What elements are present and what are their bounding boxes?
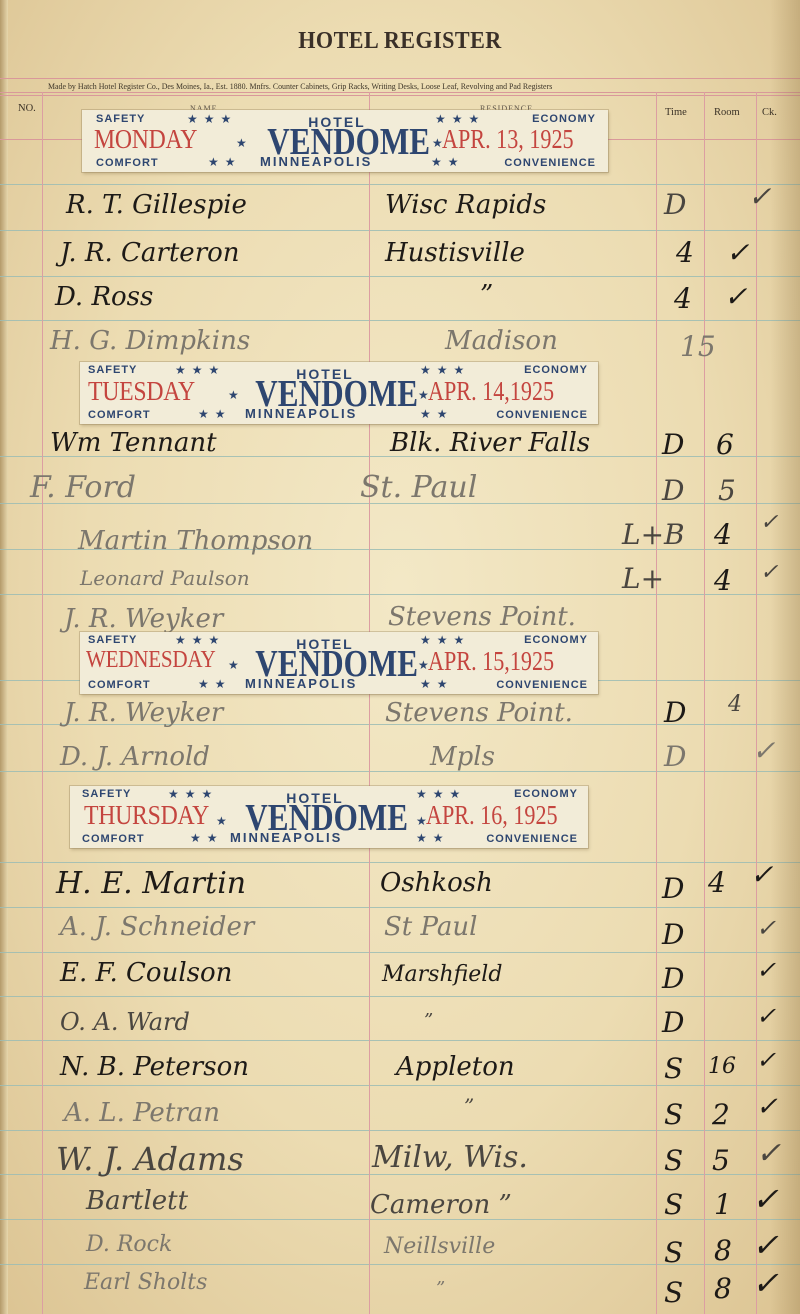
- banner-day: MONDAY: [94, 124, 197, 155]
- entry-check: ✓: [752, 1180, 779, 1218]
- entry-name: Martin Thompson: [78, 526, 313, 556]
- entry-residence: Oshkosh: [380, 868, 493, 898]
- entry-room: 8: [714, 1234, 732, 1267]
- entry-residence: Appleton: [396, 1052, 515, 1082]
- entry-room: 4: [676, 236, 694, 269]
- star-icon: ★: [228, 388, 245, 402]
- entry-check: ✓: [760, 510, 778, 535]
- rule: [0, 78, 800, 79]
- entry-check: ✓: [748, 180, 771, 213]
- banner-day: WEDNESDAY: [86, 647, 215, 674]
- entry-time: S: [664, 1098, 683, 1131]
- entry-time: S: [664, 1276, 683, 1309]
- entry-name: Bartlett: [86, 1186, 188, 1216]
- entry-residence: Stevens Point.: [385, 698, 573, 728]
- column-rule-no: [42, 92, 43, 1314]
- entry-check: ✓: [756, 1046, 776, 1074]
- date-banner-tuesday: SAFETY ★★★ TUESDAY ★ COMFORT ★★ HOTEL VE…: [80, 362, 598, 424]
- star-icon: ★★★: [420, 633, 470, 647]
- date-banner-thursday: SAFETY ★★★ THURSDAY ★ COMFORT ★★ HOTEL V…: [70, 786, 588, 848]
- entry-name: D. J. Arnold: [60, 742, 210, 772]
- entry-check: ✓: [726, 236, 749, 269]
- entry-residence: Blk. River Falls: [390, 428, 590, 458]
- star-icon: ★★★: [168, 787, 218, 801]
- rule: [0, 184, 800, 185]
- banner-city: MINNEAPOLIS: [230, 830, 342, 845]
- entry-name: J. R. Weyker: [64, 698, 223, 728]
- rule: [0, 862, 800, 863]
- entry-room: 2: [712, 1098, 730, 1131]
- rule: [0, 92, 800, 93]
- entry-residence: St Paul: [384, 912, 477, 942]
- page-title: HOTEL REGISTER: [32, 28, 768, 55]
- entry-time: D: [664, 188, 686, 221]
- entry-room: 5: [712, 1144, 730, 1177]
- entry-name: J. R. Carteron: [60, 238, 240, 268]
- entry-name: O. A. Ward: [60, 1008, 190, 1036]
- banner-city: MINNEAPOLIS: [245, 406, 357, 421]
- entry-residence: Marshfield: [382, 962, 502, 987]
- rule: [0, 276, 800, 277]
- entry-time: D: [662, 962, 684, 995]
- entry-name: Earl Sholts: [84, 1270, 207, 1295]
- entry-residence: Mpls: [430, 742, 495, 772]
- rule: [0, 594, 800, 595]
- entry-time: S: [664, 1236, 683, 1269]
- banner-date: APR. 14,1925: [428, 376, 554, 407]
- entry-residence: Milw, Wis.: [372, 1140, 528, 1175]
- entry-check: ✓: [756, 1136, 781, 1171]
- entry-time: D: [662, 428, 684, 461]
- entry-check: ✓: [756, 1002, 776, 1030]
- rule: [0, 1085, 800, 1086]
- banner-city: MINNEAPOLIS: [245, 676, 357, 691]
- entry-time: L+: [622, 562, 664, 595]
- page-binding-edge: [0, 0, 8, 1314]
- star-icon: ★★★: [175, 363, 225, 377]
- entry-residence: ”: [436, 1278, 445, 1299]
- entry-residence: Stevens Point.: [388, 602, 576, 632]
- banner-economy: ECONOMY: [524, 364, 588, 376]
- banner-date: APR. 15,1925: [428, 646, 554, 677]
- entry-time: S: [664, 1144, 683, 1177]
- column-header-check: Ck.: [762, 107, 777, 118]
- entry-residence: ”: [424, 1010, 433, 1031]
- entry-name: Leonard Paulson: [80, 566, 250, 590]
- entry-residence: Madison: [445, 326, 558, 356]
- star-icon: ★★: [190, 831, 224, 845]
- entry-name: N. B. Peterson: [60, 1052, 249, 1082]
- banner-comfort: COMFORT: [82, 833, 145, 845]
- entry-residence: Wisc Rapids: [385, 190, 546, 220]
- rule: [0, 230, 800, 231]
- rule: [0, 1040, 800, 1041]
- entry-room: 6: [716, 428, 734, 461]
- entry-name: D. Rock: [86, 1232, 172, 1257]
- entry-time: L+B: [622, 518, 685, 551]
- banner-economy: ECONOMY: [524, 634, 588, 646]
- entry-residence: ”: [480, 280, 493, 310]
- star-icon: ★: [236, 136, 253, 150]
- entry-room: 4: [728, 692, 742, 717]
- banner-day: THURSDAY: [84, 800, 209, 831]
- star-icon: ★★★: [175, 633, 225, 647]
- star-icon: ★: [228, 658, 245, 672]
- entry-name: D. Ross: [55, 282, 153, 312]
- entry-residence: Hustisville: [385, 238, 525, 268]
- entry-name: W. J. Adams: [56, 1140, 244, 1178]
- entry-time: D: [664, 696, 686, 729]
- register-page: HOTEL REGISTER Made by Hatch Hotel Regis…: [0, 0, 800, 1314]
- rule: [0, 996, 800, 997]
- star-icon: ★★★: [420, 363, 470, 377]
- entry-time: S: [664, 1052, 683, 1085]
- entry-check: ✓: [756, 914, 776, 942]
- entry-room: 15: [680, 330, 716, 363]
- star-icon: ★★: [431, 155, 465, 169]
- banner-city: MINNEAPOLIS: [260, 154, 372, 169]
- entry-check: ✓: [750, 858, 773, 891]
- entry-room: 4: [714, 564, 732, 597]
- entry-time: D: [664, 740, 686, 773]
- entry-residence: Cameron ”: [370, 1190, 512, 1220]
- entry-time: D: [662, 474, 684, 507]
- entry-residence: ”: [464, 1094, 474, 1118]
- entry-check: ✓: [752, 734, 775, 767]
- banner-convenience: CONVENIENCE: [496, 679, 588, 691]
- entry-room: 1: [714, 1188, 732, 1221]
- entry-time: D: [662, 1006, 684, 1039]
- entry-check: ✓: [756, 956, 776, 984]
- entry-check: ✓: [752, 1264, 779, 1302]
- maker-line: Made by Hatch Hotel Register Co., Des Mo…: [48, 81, 552, 91]
- banner-convenience: CONVENIENCE: [496, 409, 588, 421]
- star-icon: ★: [216, 814, 233, 828]
- banner-safety: SAFETY: [82, 788, 131, 800]
- rule: [0, 907, 800, 908]
- entry-name: R. T. Gillespie: [66, 190, 247, 220]
- star-icon: ★★★: [416, 787, 466, 801]
- rule: [0, 95, 800, 96]
- banner-convenience: CONVENIENCE: [486, 833, 578, 845]
- column-rule-check: [756, 92, 757, 1314]
- entry-time: S: [664, 1188, 683, 1221]
- entry-residence: Neillsville: [384, 1234, 495, 1259]
- column-rule-residence: [369, 92, 370, 1314]
- column-header-room: Room: [714, 107, 740, 118]
- entry-check: ✓: [760, 560, 778, 585]
- star-icon: ★★: [208, 155, 242, 169]
- entry-room: 4: [714, 518, 732, 551]
- entry-room: 16: [708, 1054, 736, 1079]
- banner-comfort: COMFORT: [88, 679, 151, 691]
- banner-date: APR. 16, 1925: [426, 800, 558, 831]
- star-icon: ★★: [416, 831, 450, 845]
- column-rule-time: [656, 92, 657, 1314]
- entry-room: 5: [718, 474, 736, 507]
- entry-room: 4: [674, 282, 692, 315]
- rule: [0, 952, 800, 953]
- entry-name: H. E. Martin: [56, 866, 246, 901]
- entry-room: 8: [714, 1272, 732, 1305]
- entry-name: E. F. Coulson: [60, 958, 232, 988]
- entry-name: F. Ford: [30, 470, 136, 505]
- banner-date: APR. 13, 1925: [442, 124, 574, 155]
- entry-check: ✓: [756, 1092, 778, 1122]
- entry-time: D: [662, 918, 684, 951]
- banner-day: TUESDAY: [88, 376, 195, 407]
- date-banner-monday: SAFETY ★★★ MONDAY ★ COMFORT ★★ HOTEL VEN…: [82, 110, 608, 172]
- banner-comfort: COMFORT: [88, 409, 151, 421]
- column-header-time: Time: [665, 107, 687, 118]
- rule: [0, 320, 800, 321]
- entry-name: A. J. Schneider: [60, 912, 254, 942]
- banner-safety: SAFETY: [88, 364, 137, 376]
- entry-check: ✓: [724, 280, 747, 313]
- star-icon: ★★: [198, 407, 232, 421]
- star-icon: ★★: [420, 407, 454, 421]
- star-icon: ★★: [198, 677, 232, 691]
- entry-time: D: [662, 872, 684, 905]
- date-banner-wednesday: SAFETY ★★★ WEDNESDAY ★ COMFORT ★★ HOTEL …: [80, 632, 598, 694]
- entry-check: ✓: [752, 1226, 779, 1264]
- entry-name: A. L. Petran: [64, 1098, 220, 1128]
- banner-convenience: CONVENIENCE: [504, 157, 596, 169]
- banner-economy: ECONOMY: [514, 788, 578, 800]
- entry-name: Wm Tennant: [50, 428, 217, 458]
- star-icon: ★★: [420, 677, 454, 691]
- entry-residence: St. Paul: [360, 470, 477, 505]
- column-header-no: NO.: [18, 103, 36, 114]
- entry-name: H. G. Dimpkins: [50, 326, 250, 356]
- entry-room: 4: [708, 866, 726, 899]
- banner-safety: SAFETY: [88, 634, 137, 646]
- column-rule-room: [704, 92, 705, 1314]
- banner-comfort: COMFORT: [96, 157, 159, 169]
- entry-name: J. R. Weyker: [64, 604, 223, 634]
